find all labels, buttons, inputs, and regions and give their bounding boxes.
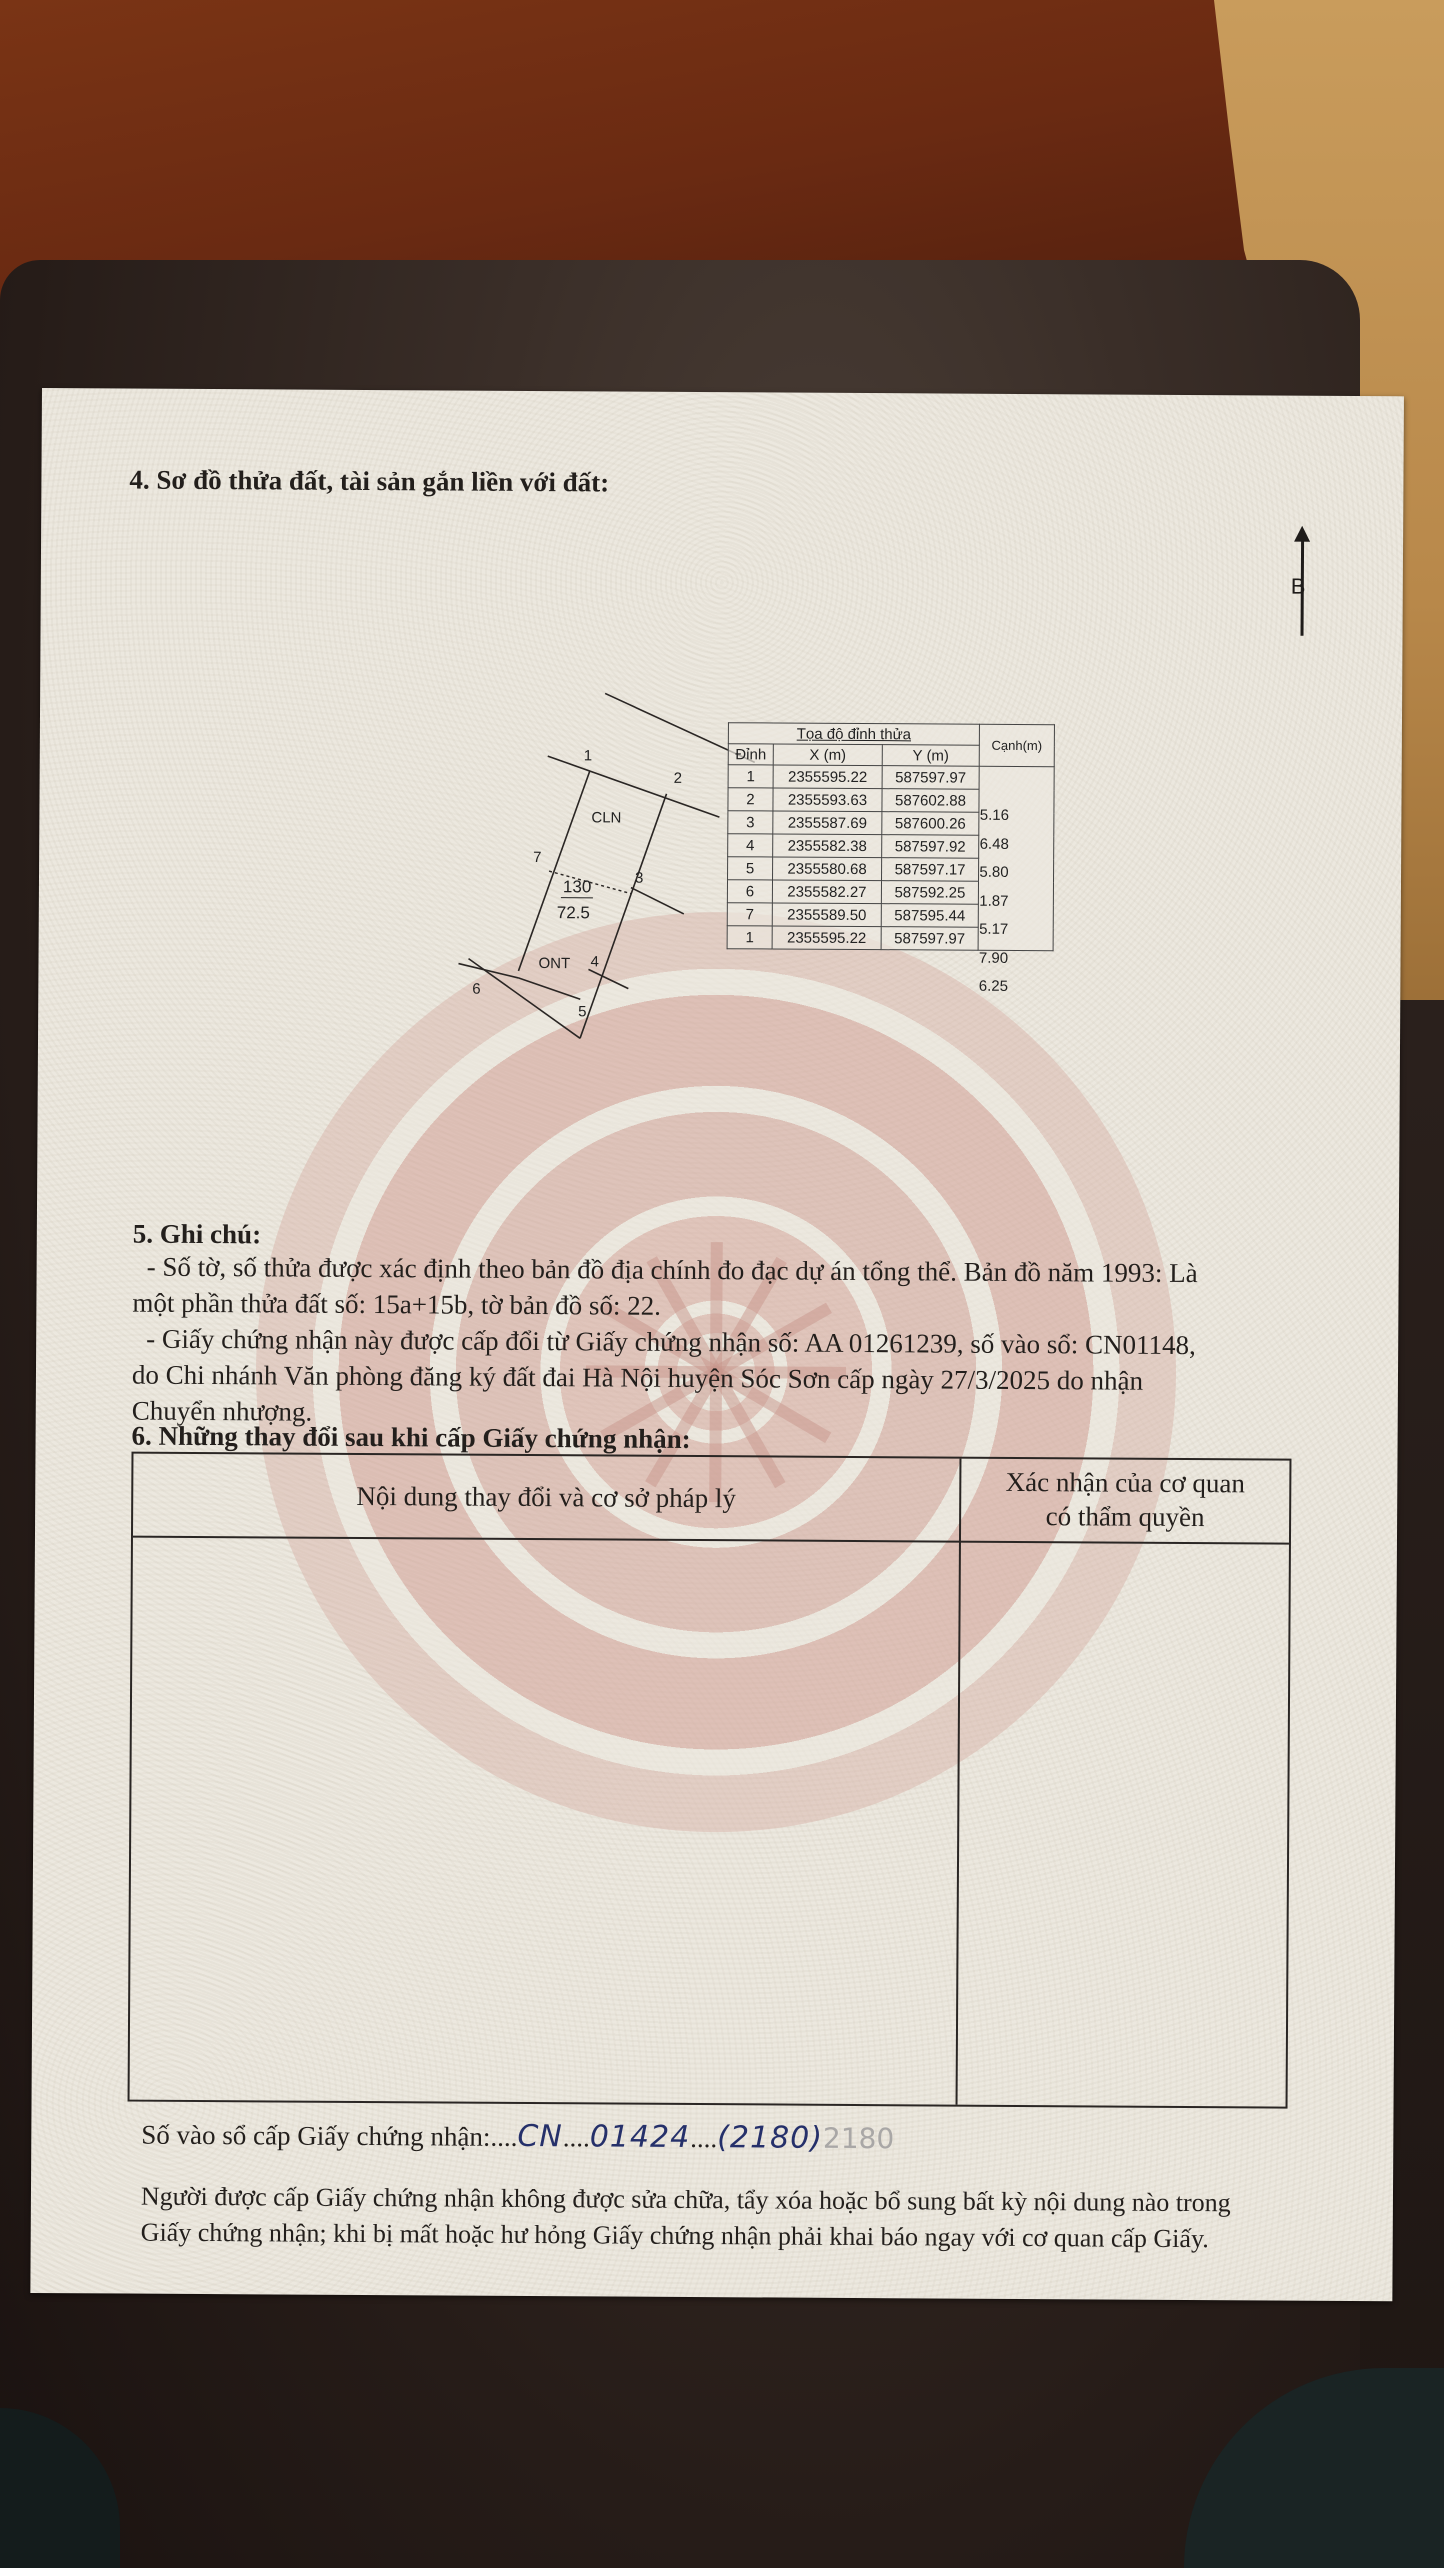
header-line: có thẩm quyền [961,1499,1289,1535]
edge-length: 6.48 [961,830,1027,859]
note-line: một phần thửa đất số: 15a+15b, tờ bản đồ… [132,1285,661,1324]
edge-length: 6.25 [960,973,1026,1002]
parcel-sketch [418,680,760,1062]
dots: .... [490,2122,517,2152]
coord-cell-vertex: 4 [728,834,773,857]
coord-cell-vertex: 7 [727,903,772,926]
parcel-diagram: 1 2 3 4 5 6 7 CLN 130 72.5 ONT [418,680,760,1062]
coord-cell-x: 2355582.27 [772,880,881,904]
coord-cell-vertex: 3 [728,811,773,834]
registry-number-handwritten: 01424 [590,2119,691,2155]
vertex-label: 4 [590,953,598,970]
col-x-header: X (m) [773,744,882,766]
vertex-label: 1 [584,747,592,764]
edge-length: 5.16 [961,802,1027,831]
section-5-title: 5. Ghi chú: [133,1219,261,1251]
col-vertex-header: Đỉnh [728,744,773,765]
note-line: do Chi nhánh Văn phòng đăng ký đất đai H… [132,1357,1143,1399]
parcel-area: 72.5 [557,903,590,923]
coord-cell-vertex: 2 [728,788,773,811]
edge-length: 5.17 [961,916,1027,945]
changes-content-header: Nội dung thay đổi và cơ sở pháp lý [133,1480,959,1516]
registry-label: Số vào sổ cấp Giấy chứng nhận: [141,2120,490,2152]
land-use-code-ont: ONT [538,955,570,972]
section-6-title: 6. Những thay đổi sau khi cấp Giấy chứng… [132,1421,691,1455]
coord-group-header: Tọa độ đỉnh thửa [728,723,979,746]
coord-cell-vertex: 1 [727,926,772,949]
registry-number-line: Số vào sổ cấp Giấy chứng nhận:....CN....… [141,2117,894,2158]
coord-cell-x: 2355589.50 [772,903,881,927]
dots: .... [690,2123,717,2153]
column-divider [956,1459,962,2105]
col-y-header: Y (m) [882,745,979,767]
registry-ghost-handwritten: 2180 [823,2122,894,2155]
registry-paren-handwritten: (2180) [717,2120,823,2156]
parcel-number: 130 [561,877,594,898]
coord-cell-vertex: 5 [728,857,773,880]
section-4-title: 4. Sơ đồ thửa đất, tài sản gắn liền với … [129,465,609,499]
coord-cell-x: 2355582.38 [773,834,882,858]
vertex-label: 2 [674,770,682,787]
changes-table: Nội dung thay đổi và cơ sở pháp lý Xác n… [128,1452,1292,2109]
dots: .... [563,2122,590,2152]
coord-cell-x: 2355580.68 [773,857,882,881]
header-line: Xác nhận của cơ quan [961,1465,1289,1501]
coord-cell-y: 587597.97 [882,766,979,790]
edge-cell [979,766,1054,789]
coord-row: 12355595.22587597.97 [728,765,1054,790]
north-arrow-icon: B [1288,526,1319,636]
coord-cell-vertex: 1 [728,765,773,788]
edge-lengths-column: 5.166.485.801.875.177.906.25 [960,802,1027,1002]
vertex-label: 3 [635,870,643,887]
coord-cell-x: 2355587.69 [773,811,882,835]
authority-confirmation-header: Xác nhận của cơ quan có thẩm quyền [961,1465,1289,1535]
vertex-label: 7 [533,849,541,866]
notice-line: Giấy chứng nhận; khi bị mất hoặc hư hỏng… [141,2215,1209,2258]
vertex-label: 6 [472,981,480,998]
vertex-label: 5 [578,1003,586,1020]
registry-prefix-handwritten: CN [517,2119,563,2154]
coord-cell-x: 2355595.22 [773,765,882,789]
edge-length: 5.80 [961,859,1027,888]
edge-length: 1.87 [961,887,1027,916]
coord-cell-x: 2355595.22 [772,926,881,950]
edge-length: 7.90 [960,944,1026,973]
north-label: B [1291,574,1306,600]
land-certificate-page: 4. Sơ đồ thửa đất, tài sản gắn liền với … [30,388,1404,2301]
coord-cell-vertex: 6 [727,880,772,903]
edge-header: Cạnh(m) [979,724,1054,766]
coord-cell-x: 2355593.63 [773,788,882,812]
land-use-code-cln: CLN [591,809,621,826]
